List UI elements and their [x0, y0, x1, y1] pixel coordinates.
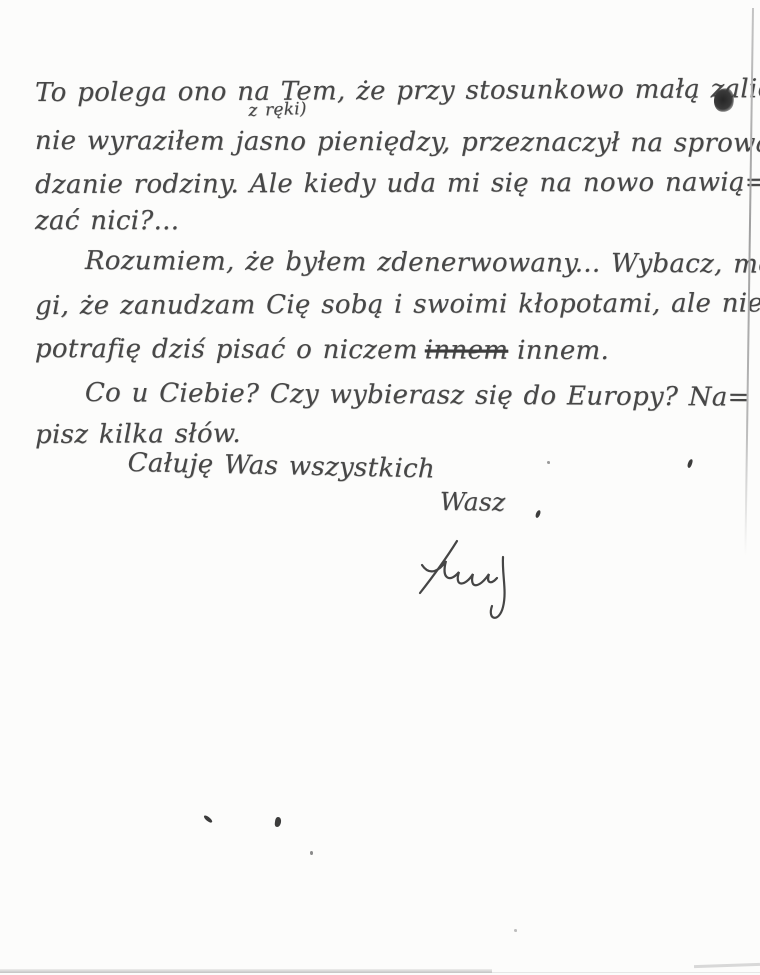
ink-speck: [310, 851, 313, 855]
letter-line: Co u Ciebie? Czy wybierasz się do Europy…: [85, 378, 750, 413]
letter-line: zać nici?...: [35, 206, 179, 236]
signature-scrawl: [415, 535, 565, 635]
ink-speck: [274, 817, 281, 828]
stray-comma-mark: [535, 510, 542, 519]
ink-speck: [514, 929, 517, 932]
letter-line: nie wyraziłem jasno pieniędzy, przeznacz…: [35, 126, 760, 159]
bottom-scan-strip-left: [0, 969, 492, 973]
closing-farewell: Całuję Was wszystkich: [127, 448, 435, 484]
closing-valediction: Wasz: [440, 487, 506, 517]
text-before-strike: potrafię dziś pisać o niczem: [35, 334, 418, 365]
text-after-strike: innem.: [517, 336, 609, 366]
ink-speck: [203, 814, 213, 823]
interline-insertion: z ręki): [248, 99, 307, 121]
struck-out-word: innem: [425, 335, 508, 365]
letter-line: gi, że zanudzam Cię sobą i swoimi kłopot…: [35, 288, 760, 321]
scanned-letter-page: To polega ono na Tem, że przy stosunkowo…: [0, 0, 760, 975]
letter-line: dzanie rodziny. Ale kiedy uda mi się na …: [35, 167, 760, 200]
letter-line: To polega ono na Tem, że przy stosunkowo…: [35, 74, 760, 108]
letter-line-with-strikethrough: potrafię dziś pisać o niczeminneminnem.: [35, 334, 609, 366]
letter-line: pisz kilka słów.: [35, 419, 241, 450]
stray-apostrophe-mark: [687, 459, 694, 469]
bottom-scan-strip-right: [694, 963, 760, 968]
letter-line: Rozumiem, że byłem zdenerwowany... Wybac…: [85, 246, 760, 280]
ink-speck: [547, 461, 550, 464]
